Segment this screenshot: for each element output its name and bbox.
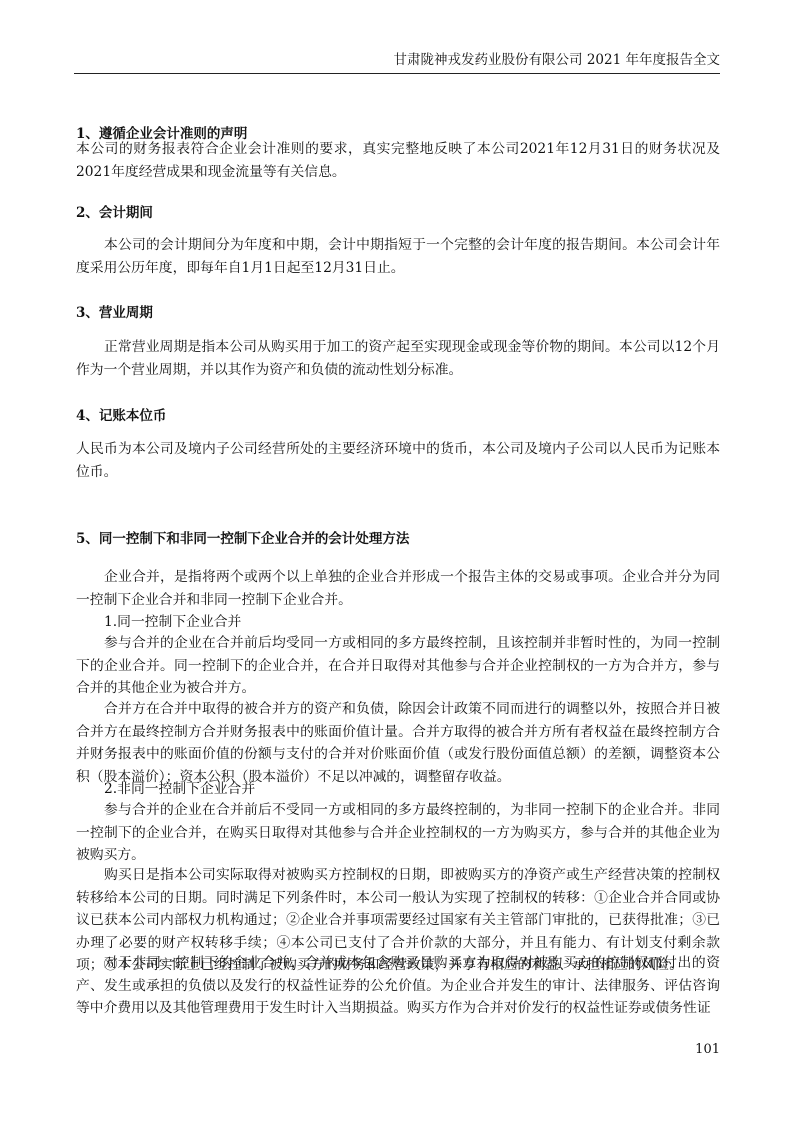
same-control-definition-paragraph: 参与合并的企业在合并前后均受同一方或相同的多方最终控制，且该控制并非暂时性的，为…	[76, 632, 720, 700]
section-2-paragraph: 本公司的会计期间分为年度和中期，会计中期指短于一个完整的会计年度的报告期间。本公…	[76, 234, 720, 279]
combination-cost-paragraph: 对于非同一控制下的企业合并，合并成本包含购买日购买方为取得对被购买方的控制权而付…	[76, 952, 720, 1020]
non-same-control-definition-paragraph: 参与合并的企业在合并前后不受同一方或相同的多方最终控制的，为非同一控制下的企业合…	[76, 799, 720, 867]
section-4-paragraph: 人民币为本公司及境内子公司经营所处的主要经济环境中的货币，本公司及境内子公司以人…	[76, 438, 720, 483]
subheading-non-same-control: 2.非同一控制下企业合并	[104, 778, 255, 800]
section-5-intro-paragraph: 企业合并，是指将两个或两个以上单独的企业合并形成一个报告主体的交易或事项。企业合…	[76, 566, 720, 611]
section-heading-3: 3、营业周期	[76, 303, 153, 323]
page-header: 甘肃陇神戎发药业股份有限公司 2021 年年度报告全文	[74, 49, 720, 74]
section-heading-5: 5、同一控制下和非同一控制下企业合并的会计处理方法	[76, 529, 409, 549]
section-1-paragraph: 本公司的财务报表符合企业会计准则的要求，真实完整地反映了本公司2021年12月3…	[76, 138, 720, 183]
section-heading-2: 2、会计期间	[76, 203, 153, 223]
subheading-same-control: 1.同一控制下企业合并	[104, 611, 241, 633]
page-number: 101	[680, 1042, 720, 1057]
same-control-accounting-paragraph: 合并方在合并中取得的被合并方的资产和负债，除因会计政策不同而进行的调整以外，按照…	[76, 698, 720, 788]
section-heading-4: 4、记账本位币	[76, 406, 166, 426]
section-3-paragraph: 正常营业周期是指本公司从购买用于加工的资产起至实现现金或现金等价物的期间。本公司…	[76, 336, 720, 381]
header-title: 甘肃陇神戎发药业股份有限公司 2021 年年度报告全文	[394, 52, 720, 68]
